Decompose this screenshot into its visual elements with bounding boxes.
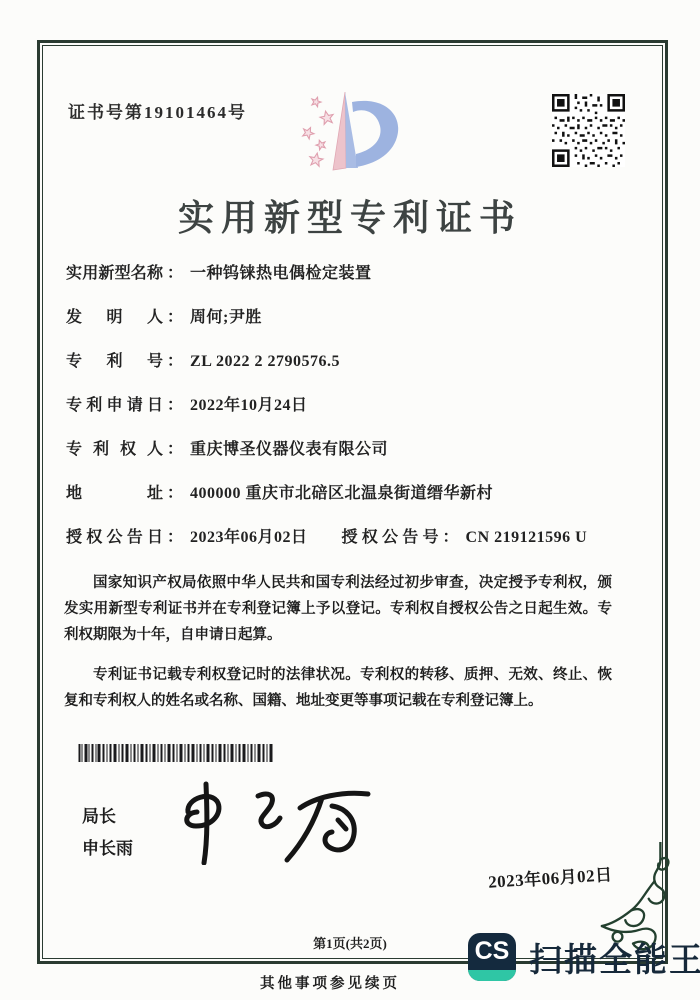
legal-paragraph: 国家知识产权局依照中华人民共和国专利法经过初步审查，决定授予专利权，颁发实用新型… (64, 570, 612, 648)
field-row-name: 实用新型名称：一种钨铼热电偶检定装置 (66, 260, 626, 280)
field-row-filing-date: 专利申请日：2022年10月24日 (66, 392, 626, 412)
camscanner-app-name: 扫描全能王 (529, 934, 700, 981)
certificate-fields: 实用新型名称：一种钨铼热电偶检定装置 发明人：周何;尹胜 专利号：ZL 2022… (66, 260, 626, 568)
logo-blue-bowl (352, 101, 398, 167)
qr-code-icon (552, 94, 625, 167)
field-value: 周何;尹胜 (190, 309, 262, 326)
field-label: 专利权人 (66, 436, 163, 459)
field-label: 发明人 (66, 304, 163, 327)
field-label: 授权公告日 (66, 524, 163, 547)
field-row-inventor: 发明人：周何;尹胜 (66, 304, 626, 324)
certificate-number: 证书号第19101464号 (68, 98, 247, 123)
field-value: 2022年10月24日 (190, 397, 308, 414)
field-row-patent-no: 专利号：ZL 2022 2 2790576.5 (66, 348, 626, 368)
field-value: ZL 2022 2 2790576.5 (190, 353, 340, 370)
legal-paragraph: 专利证书记载专利权登记时的法律状况。专利权的转移、质押、无效、终止、恢复和专利权… (64, 662, 612, 714)
field-label: 地址 (66, 480, 163, 503)
field-label: 专利号 (66, 348, 163, 371)
barcode-icon (78, 744, 274, 762)
star-icons (301, 96, 335, 167)
field-row-address: 地址：400000 重庆市北碚区北温泉街道缙华新村 (66, 480, 626, 500)
field-row-patentee: 专利权人：重庆博圣仪器仪表有限公司 (66, 436, 626, 456)
field-value: 重庆博圣仪器仪表有限公司 (190, 441, 388, 458)
cnipa-logo-icon (296, 88, 416, 183)
field-value: 400000 重庆市北碚区北温泉街道缙华新村 (190, 485, 493, 502)
field-row-grant: 授权公告日：2023年06月02日授权公告号：CN 219121596 U (66, 524, 626, 544)
field-value: 一种钨铼热电偶检定装置 (190, 265, 372, 282)
patent-certificate-page: 证书号第19101464号 实用新型专利证书 实用新型名称：一种钨铼热电偶检定装… (0, 0, 700, 1000)
signer-title: 局长 (82, 801, 133, 833)
camscanner-watermark: CS 扫描全能王 (468, 933, 700, 981)
certificate-title: 实用新型专利证书 (0, 190, 700, 241)
camscanner-logo-teal-strip (468, 970, 516, 981)
field-label: 授权公告号 (342, 524, 439, 547)
handwritten-signature-icon (150, 780, 390, 865)
signer-name: 申长雨 (82, 833, 133, 865)
logo-left-pink-stroke (333, 92, 346, 170)
field-label: 实用新型名称 (66, 260, 163, 283)
legal-text: 国家知识产权局依照中华人民共和国专利法经过初步审查，决定授予专利权，颁发实用新型… (64, 570, 612, 728)
signer-block: 局长 申长雨 (82, 801, 133, 865)
field-value: CN 219121596 U (466, 529, 588, 546)
field-label: 专利申请日 (66, 392, 163, 415)
field-value: 2023年06月02日 (190, 529, 308, 546)
camscanner-logo-icon: CS (468, 933, 516, 981)
camscanner-logo-text: CS (475, 933, 510, 970)
